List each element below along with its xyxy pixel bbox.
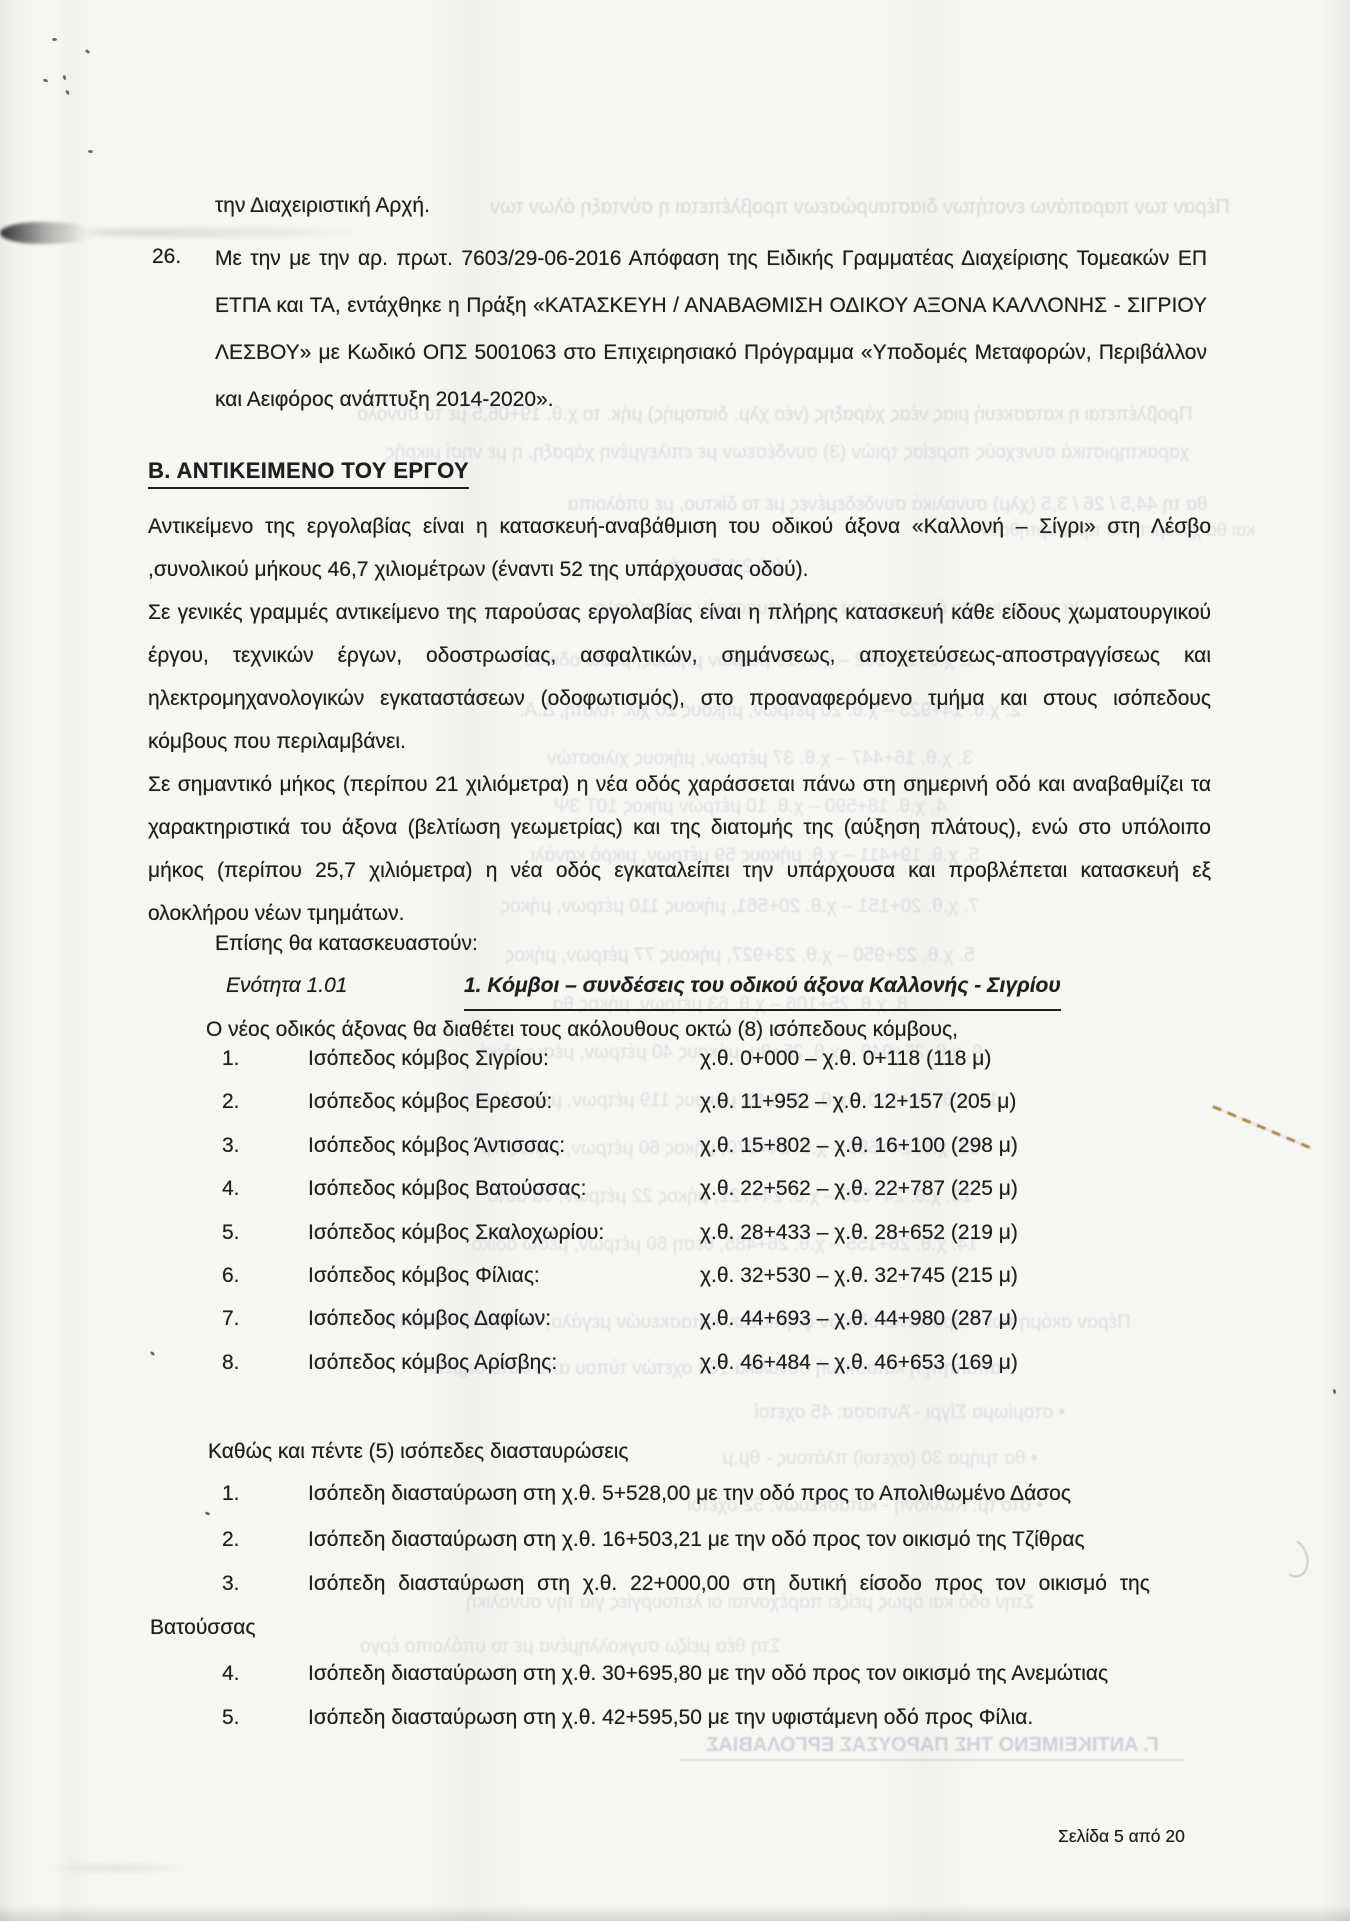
crossing-text: Ισόπεδη διασταύρωση στη χ.θ. 42+595,50 μ…: [308, 1696, 1033, 1739]
junction-label: Ισόπεδος κόμβος Αρίσβης:: [308, 1351, 700, 1375]
scan-smudge-faint: [85, 228, 375, 237]
dust-speck: [43, 78, 49, 83]
junction-label: Ισόπεδος κόμβος Φίλιας:: [308, 1264, 700, 1288]
paper-curl-mark: [1272, 1534, 1314, 1582]
also-constructed-line: Επίσης θα κατασκευαστούν:: [215, 922, 478, 965]
crossing-item: 5.Ισόπεδη διασταύρωση στη χ.θ. 42+595,50…: [222, 1696, 1033, 1739]
crossing-number: 1.: [222, 1472, 308, 1515]
junction-label: Ισόπεδος κόμβος Δαφίων:: [308, 1307, 700, 1331]
junction-row: 5. Ισόπεδος κόμβος Σκαλοχωρίου: χ.θ. 28+…: [222, 1221, 1222, 1264]
crossing-number: 2.: [222, 1518, 308, 1561]
crossing-item: 4.Ισόπεδη διασταύρωση στη χ.θ. 30+695,80…: [222, 1652, 1108, 1695]
crossing-item: 1.Ισόπεδη διασταύρωση στη χ.θ. 5+528,00 …: [222, 1472, 1071, 1515]
junction-chainage: χ.θ. 22+562 – χ.θ. 22+787 (225 μ): [700, 1177, 1222, 1201]
junction-row: 1. Ισόπεδος κόμβος Σιγρίου: χ.θ. 0+000 –…: [222, 1047, 1222, 1090]
crossings-intro: Καθώς και πέντε (5) ισόπεδες διασταυρώσε…: [208, 1430, 629, 1473]
junction-number: 3.: [222, 1134, 308, 1158]
junction-chainage: χ.θ. 44+693 – χ.θ. 44+980 (287 μ): [700, 1307, 1222, 1331]
junction-label: Ισόπεδος κόμβος Ερεσού:: [308, 1090, 700, 1114]
paragraph-scope: Αντικείμενο της εργολαβίας είναι η κατασ…: [148, 505, 1211, 591]
junction-chainage: χ.θ. 15+802 – χ.θ. 16+100 (298 μ): [700, 1134, 1222, 1158]
junction-number: 2.: [222, 1090, 308, 1114]
junction-row: 3. Ισόπεδος κόμβος Άντισσας: χ.θ. 15+802…: [222, 1134, 1222, 1177]
junction-row: 2. Ισόπεδος κόμβος Ερεσού: χ.θ. 11+952 –…: [222, 1090, 1222, 1133]
item26-paragraph: Με την με την αρ. πρωτ. 7603/29-06-2016 …: [215, 235, 1207, 423]
junction-label: Ισόπεδος κόμβος Άντισσας:: [308, 1134, 700, 1158]
crossing-number: 3.: [222, 1562, 308, 1605]
dust-speck: [52, 38, 57, 41]
crossing-number: 5.: [222, 1696, 308, 1739]
junction-number: 1.: [222, 1047, 308, 1071]
crossing-item: 3.Ισόπεδη διασταύρωση στη χ.θ. 22+000,00…: [222, 1562, 1150, 1605]
junction-chainage: χ.θ. 46+484 – χ.θ. 46+653 (169 μ): [700, 1351, 1222, 1375]
junction-label: Ισόπεδος κόμβος Σιγρίου:: [308, 1047, 700, 1071]
junction-row: 6. Ισόπεδος κόμβος Φίλιας: χ.θ. 32+530 –…: [222, 1264, 1222, 1307]
dust-speck: [65, 90, 70, 96]
junction-number: 5.: [222, 1221, 308, 1245]
junction-number: 8.: [222, 1351, 308, 1375]
junction-row: 7. Ισόπεδος κόμβος Δαφίων: χ.θ. 44+693 –…: [222, 1307, 1222, 1350]
junction-row: 4. Ισόπεδος κόμβος Βατούσσας: χ.θ. 22+56…: [222, 1177, 1222, 1220]
crossing-item: 2.Ισόπεδη διασταύρωση στη χ.θ. 16+503,21…: [222, 1518, 1085, 1561]
junctions-intro: Ο νέος οδικός άξονας θα διαθέτει τους ακ…: [206, 1008, 958, 1051]
paragraph-alignment: Σε σημαντικό μήκος (περίπου 21 χιλιόμετρ…: [148, 763, 1211, 935]
crossing-text: Ισόπεδη διασταύρωση στη χ.θ. 22+000,00 σ…: [308, 1562, 1150, 1605]
junction-chainage: χ.θ. 11+952 – χ.θ. 12+157 (205 μ): [700, 1090, 1222, 1114]
crossing-number: 4.: [222, 1652, 308, 1695]
crossing-text: Ισόπεδη διασταύρωση στη χ.θ. 16+503,21 μ…: [308, 1518, 1085, 1561]
crossing-item-3-continuation: Βατούσσας: [150, 1606, 256, 1649]
crossing-text: Ισόπεδη διασταύρωση στη χ.θ. 5+528,00 με…: [308, 1472, 1071, 1515]
junction-row: 8. Ισόπεδος κόμβος Αρίσβης: χ.θ. 46+484 …: [222, 1351, 1222, 1394]
bleedthrough-line: • στομίωμα Σίγρι - Άντισσα: 45 οχετοί: [700, 1402, 1120, 1424]
junction-number: 4.: [222, 1177, 308, 1201]
junction-label: Ισόπεδος κόμβος Βατούσσας:: [308, 1177, 700, 1201]
dust-speck: [62, 75, 66, 81]
junction-number: 7.: [222, 1307, 308, 1331]
junction-chainage: χ.θ. 28+433 – χ.θ. 28+652 (219 μ): [700, 1221, 1222, 1245]
junction-number: 6.: [222, 1264, 308, 1288]
page-number: Σελίδα 5 από 20: [1058, 1826, 1185, 1847]
bleedthrough-line: Πέραν των παραπάνω ενοτήτων διασταυρώσεω…: [470, 196, 1250, 219]
crossing-text: Ισόπεδη διασταύρωση στη χ.θ. 30+695,80 μ…: [308, 1652, 1108, 1695]
junctions-list: 1. Ισόπεδος κόμβος Σιγρίου: χ.θ. 0+000 –…: [222, 1047, 1222, 1394]
dust-speck: [150, 1351, 156, 1357]
bleedthrough-line: • θα τμήμα 30 (οχετοί) πλάτους - θμ,μ: [660, 1448, 1100, 1470]
dust-speck: [88, 150, 93, 153]
section-heading: Β. ΑΝΤΙΚΕΙΜΕΝΟ ΤΟΥ ΕΡΓΟΥ: [148, 458, 469, 489]
scratch-mark: [1213, 1105, 1313, 1150]
unit-title: 1. Κόμβοι – συνδέσεις του οδικού άξονα Κ…: [464, 964, 1061, 1011]
unit-label: Ενότητα 1.01: [226, 964, 347, 1007]
junction-chainage: χ.θ. 0+000 – χ.θ. 0+118 (118 μ): [700, 1047, 1222, 1071]
corner-smudge: [40, 1862, 190, 1874]
intro-line: την Διαχειριστική Αρχή.: [215, 184, 430, 227]
dust-speck: [85, 49, 91, 54]
dust-speck: [1333, 1389, 1337, 1394]
scanned-document-page: Πέραν των παραπάνω ενοτήτων διασταυρώσεω…: [0, 0, 1350, 1921]
item26-number: 26.: [152, 235, 181, 278]
paragraph-works: Σε γενικές γραμμές αντικείμενο της παρού…: [148, 591, 1211, 763]
junction-label: Ισόπεδος κόμβος Σκαλοχωρίου:: [308, 1221, 700, 1245]
dust-speck: [205, 1511, 211, 1516]
junction-chainage: χ.θ. 32+530 – χ.θ. 32+745 (215 μ): [700, 1264, 1222, 1288]
